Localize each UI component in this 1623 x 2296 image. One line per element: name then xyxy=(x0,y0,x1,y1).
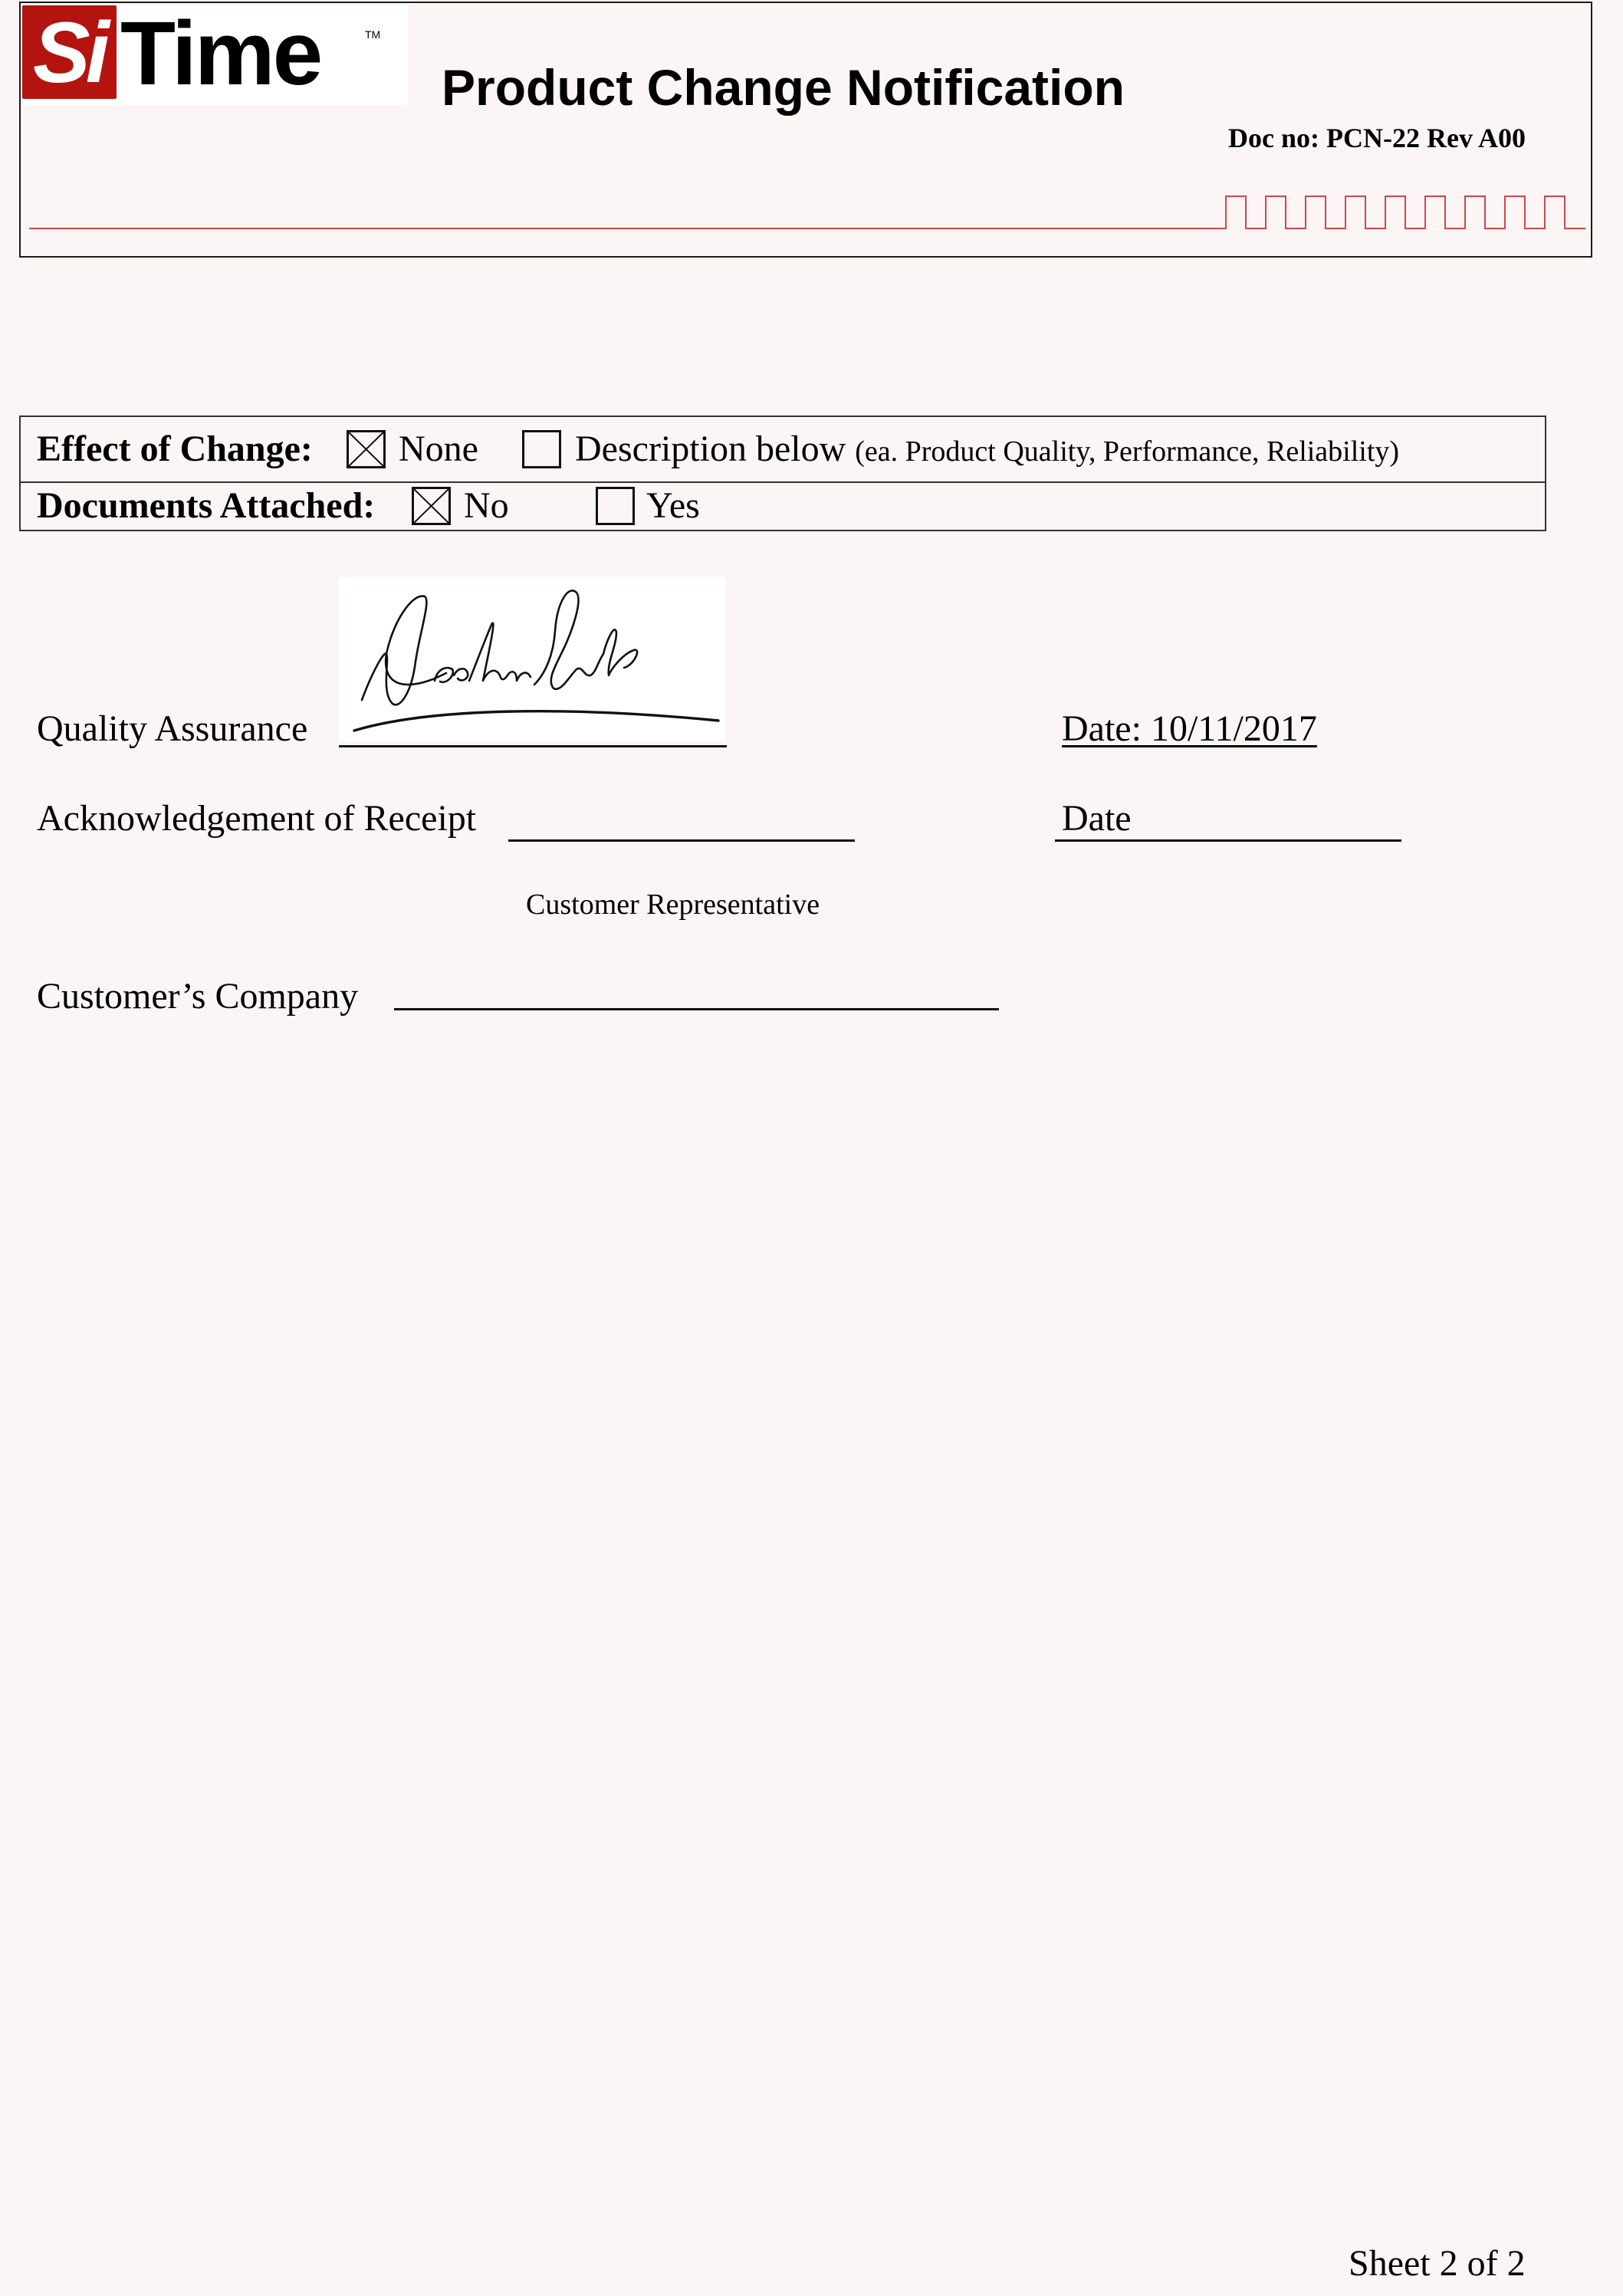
quality-assurance-signature-line xyxy=(339,745,727,747)
option-description-note: (ea. Product Quality, Performance, Relia… xyxy=(855,435,1399,468)
acknowledgement-date-field[interactable] xyxy=(1055,839,1401,842)
checkbox-documents-yes[interactable] xyxy=(596,487,635,525)
sitime-logo: Si Time TM xyxy=(22,5,408,105)
option-label-description: Description below (ea. Product Quality, … xyxy=(575,429,1399,472)
checkbox-x-mark-icon xyxy=(349,432,383,466)
table-divider xyxy=(19,481,1546,483)
sheet-number: Sheet 2 of 2 xyxy=(1349,2243,1526,2285)
logo-time-text: Time xyxy=(120,8,320,99)
customer-company-label: Customer’s Company xyxy=(37,976,358,1017)
checkbox-documents-no[interactable] xyxy=(412,487,451,525)
acknowledgement-date-label: Date xyxy=(1062,798,1132,839)
trademark-symbol: TM xyxy=(365,28,380,41)
customer-representative-caption: Customer Representative xyxy=(526,888,820,921)
option-description-text: Description below xyxy=(575,429,846,469)
acknowledgement-label: Acknowledgement of Receipt xyxy=(37,798,476,839)
handwritten-signature-icon xyxy=(339,577,725,741)
checkbox-effect-none[interactable] xyxy=(347,430,386,468)
logo-si-text: Si xyxy=(33,10,105,96)
option-label-yes: Yes xyxy=(646,485,700,527)
checkbox-effect-description[interactable] xyxy=(522,430,561,468)
documents-attached-label: Documents Attached: xyxy=(37,485,375,527)
quality-assurance-date: Date: 10/11/2017 xyxy=(1062,708,1317,750)
signature-image xyxy=(339,577,725,741)
option-label-no: No xyxy=(464,485,509,527)
effect-of-change-label: Effect of Change: xyxy=(37,429,313,470)
acknowledgement-signature-field[interactable] xyxy=(508,839,855,842)
option-label-none: None xyxy=(399,429,478,470)
document-title: Product Change Notification xyxy=(442,60,1125,115)
customer-company-field[interactable] xyxy=(394,1008,999,1010)
checkbox-x-mark-icon xyxy=(414,489,448,523)
document-number: Doc no: PCN-22 Rev A00 xyxy=(1228,123,1526,153)
quality-assurance-label: Quality Assurance xyxy=(37,708,307,750)
